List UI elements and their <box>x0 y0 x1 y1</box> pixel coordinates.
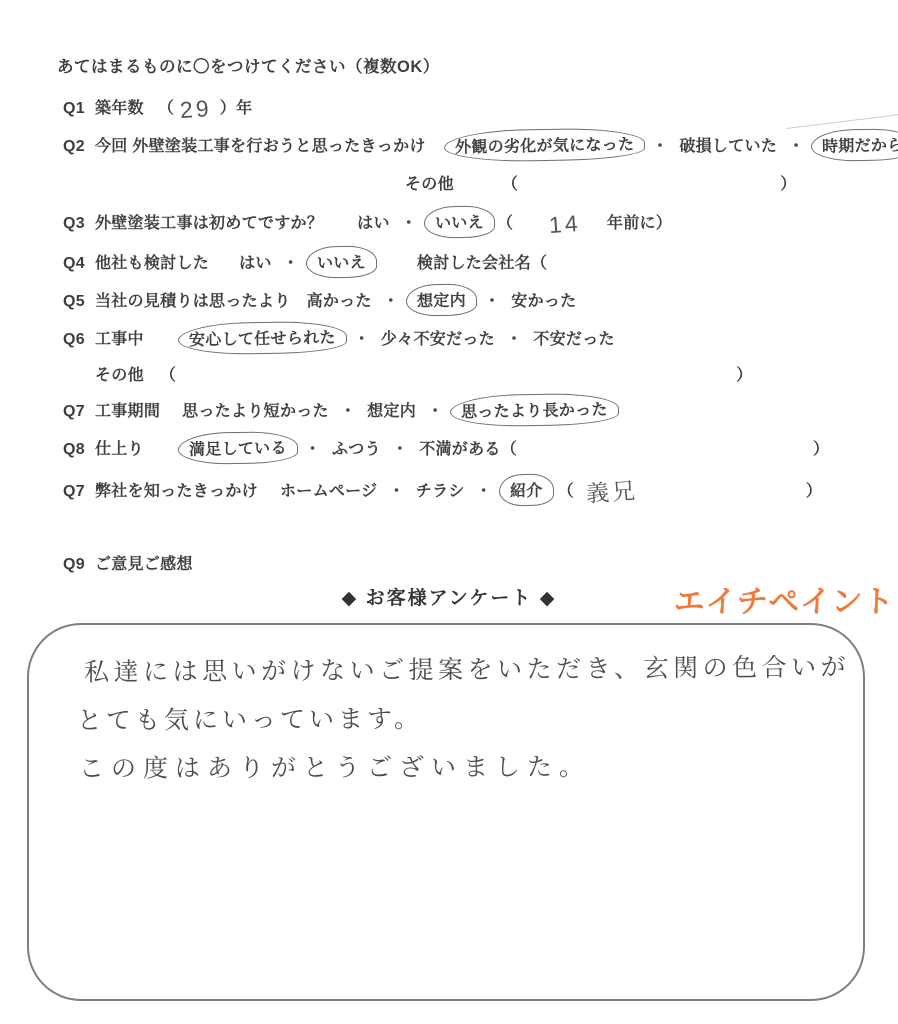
question-q2: Q2今回 外壁塗装工事を行おうと思ったきっかけ外観の劣化が気になった・破損してい… <box>63 133 898 156</box>
q7b-answer-handwritten: 義兄 <box>585 472 639 509</box>
q6-other-label: その他 <box>95 367 144 384</box>
instruction-text: あてはまるものに〇をつけてください（複数OK） <box>57 53 440 77</box>
q7b-option-0: ホームページ <box>280 483 377 500</box>
question-q6-other: その他（） <box>95 362 753 385</box>
q8-option-2: 不満がある（ <box>419 441 517 458</box>
dot-separator: ・ <box>283 255 299 272</box>
q7b-number: Q7 <box>63 483 85 501</box>
q7b-open-paren: （ <box>558 483 574 500</box>
q5-option-0: 高かった <box>307 293 372 310</box>
q4-company-label: 検討した会社名（ <box>417 255 547 272</box>
question-q3: Q3外壁塗装工事は初めてですか？はい・いいえ（14年前に） <box>63 210 672 238</box>
dot-separator: ・ <box>506 331 522 348</box>
dot-separator: ・ <box>788 138 804 155</box>
dot-separator: ・ <box>427 403 443 420</box>
q8-number: Q8 <box>63 441 85 459</box>
question-q8: Q8仕上り満足している・ふつう・不満がある（） <box>63 436 829 459</box>
q2-label: 今回 外壁塗装工事を行おうと思ったきっかけ <box>95 138 426 155</box>
comment-line-2: とても気にいっています。 <box>77 699 423 737</box>
q9-number: Q9 <box>63 556 85 574</box>
q1-number: Q1 <box>63 100 85 118</box>
q2-other-close-paren: ） <box>780 176 796 193</box>
dot-separator: ・ <box>354 331 370 348</box>
q3-label: 外壁塗装工事は初めてですか？ <box>95 215 323 232</box>
q2-number: Q2 <box>63 138 85 156</box>
dot-separator: ・ <box>484 293 500 310</box>
question-q6: Q6工事中安心して任せられた・少々不安だった・不安だった <box>63 326 615 349</box>
q6-option-2: 不安だった <box>533 331 615 348</box>
q4-option-1-circled: いいえ <box>306 245 377 278</box>
comment-line-3: この度はありがとうございました。 <box>79 747 591 785</box>
question-q4: Q4他社も検討したはい・いいえ検討した会社名（ <box>63 250 547 273</box>
q9-label: ご意見ご感想 <box>95 556 193 573</box>
dot-separator: ・ <box>476 483 492 500</box>
dot-separator: ・ <box>401 215 417 232</box>
q1-answer-handwritten: 29 <box>179 95 212 124</box>
q1-label: 築年数 <box>95 100 144 117</box>
q8-label: 仕上り <box>95 441 144 458</box>
q3-answer-handwritten: 14 <box>548 210 581 239</box>
q8-option-0-circled: 満足している <box>178 431 298 465</box>
q3-close-paren: 年前に） <box>607 215 672 232</box>
q2-option-0-circled: 外観の劣化が気になった <box>443 127 645 163</box>
q7-option-0: 思ったより短かった <box>182 403 329 420</box>
q7b-close-paren: ） <box>806 483 822 500</box>
q8-close-paren: ） <box>813 441 829 458</box>
q7-label: 工事期間 <box>95 403 160 420</box>
q1-close-paren: ）年 <box>220 100 253 117</box>
q7-option-1: 想定内 <box>367 403 416 420</box>
q6-other-open-paren: （ <box>160 367 176 384</box>
q7b-option-2-circled: 紹介 <box>499 474 554 507</box>
q5-option-2: 安かった <box>511 293 576 310</box>
question-q7: Q7工事期間思ったより短かった・想定内・思ったより長かった <box>63 398 615 421</box>
dot-separator: ・ <box>305 441 321 458</box>
dot-separator: ・ <box>388 483 404 500</box>
q3-option-0: はい <box>357 215 390 232</box>
q4-number: Q4 <box>63 255 85 273</box>
question-q2-other: その他（） <box>405 171 797 194</box>
q3-number: Q3 <box>63 215 85 233</box>
question-q5: Q5当社の見積りは思ったより高かった・想定内・安かった <box>63 288 577 311</box>
dot-separator: ・ <box>383 293 399 310</box>
q6-option-0-circled: 安心して任せられた <box>178 321 347 356</box>
q6-number: Q6 <box>63 331 85 349</box>
q8-option-1: ふつう <box>332 441 381 458</box>
comment-line-1: 私達には思いがけないご提案をいただき、玄関の色合いが <box>84 647 850 688</box>
q6-option-1: 少々不安だった <box>381 331 495 348</box>
dot-separator: ・ <box>340 403 356 420</box>
q6-other-close-paren: ） <box>736 367 752 384</box>
q2-other-label: その他 <box>405 176 454 193</box>
company-logo: エイチペイント <box>673 576 895 621</box>
q7b-label: 弊社を知ったきっかけ <box>95 483 258 500</box>
q7-option-2-circled: 思ったより長かった <box>450 393 619 428</box>
q5-number: Q5 <box>63 293 85 311</box>
q5-label: 当社の見積りは思ったより <box>95 293 291 310</box>
q4-label: 他社も検討した <box>95 255 209 272</box>
q2-option-1: 破損していた <box>679 138 777 155</box>
q2-option-2-circled: 時期だから <box>811 128 898 162</box>
q4-option-0: はい <box>239 255 272 272</box>
question-q1: Q1築年数（29）年 <box>63 95 252 123</box>
q5-option-1-circled: 想定内 <box>406 283 477 316</box>
dot-separator: ・ <box>392 441 408 458</box>
q3-option-1-circled: いいえ <box>424 205 495 238</box>
q6-label: 工事中 <box>95 331 144 348</box>
q7-number: Q7 <box>63 403 85 421</box>
scan-artifact-line <box>786 114 898 129</box>
q7b-option-1: チラシ <box>416 483 465 500</box>
q3-open-paren: （ <box>497 215 513 232</box>
question-q9: Q9ご意見ご感想 <box>63 551 193 574</box>
q2-other-open-paren: （ <box>502 176 518 193</box>
q1-open-paren: （ <box>158 100 174 117</box>
question-q7b: Q7弊社を知ったきっかけホームページ・チラシ・紹介（義兄） <box>63 474 822 507</box>
dot-separator: ・ <box>652 138 668 155</box>
